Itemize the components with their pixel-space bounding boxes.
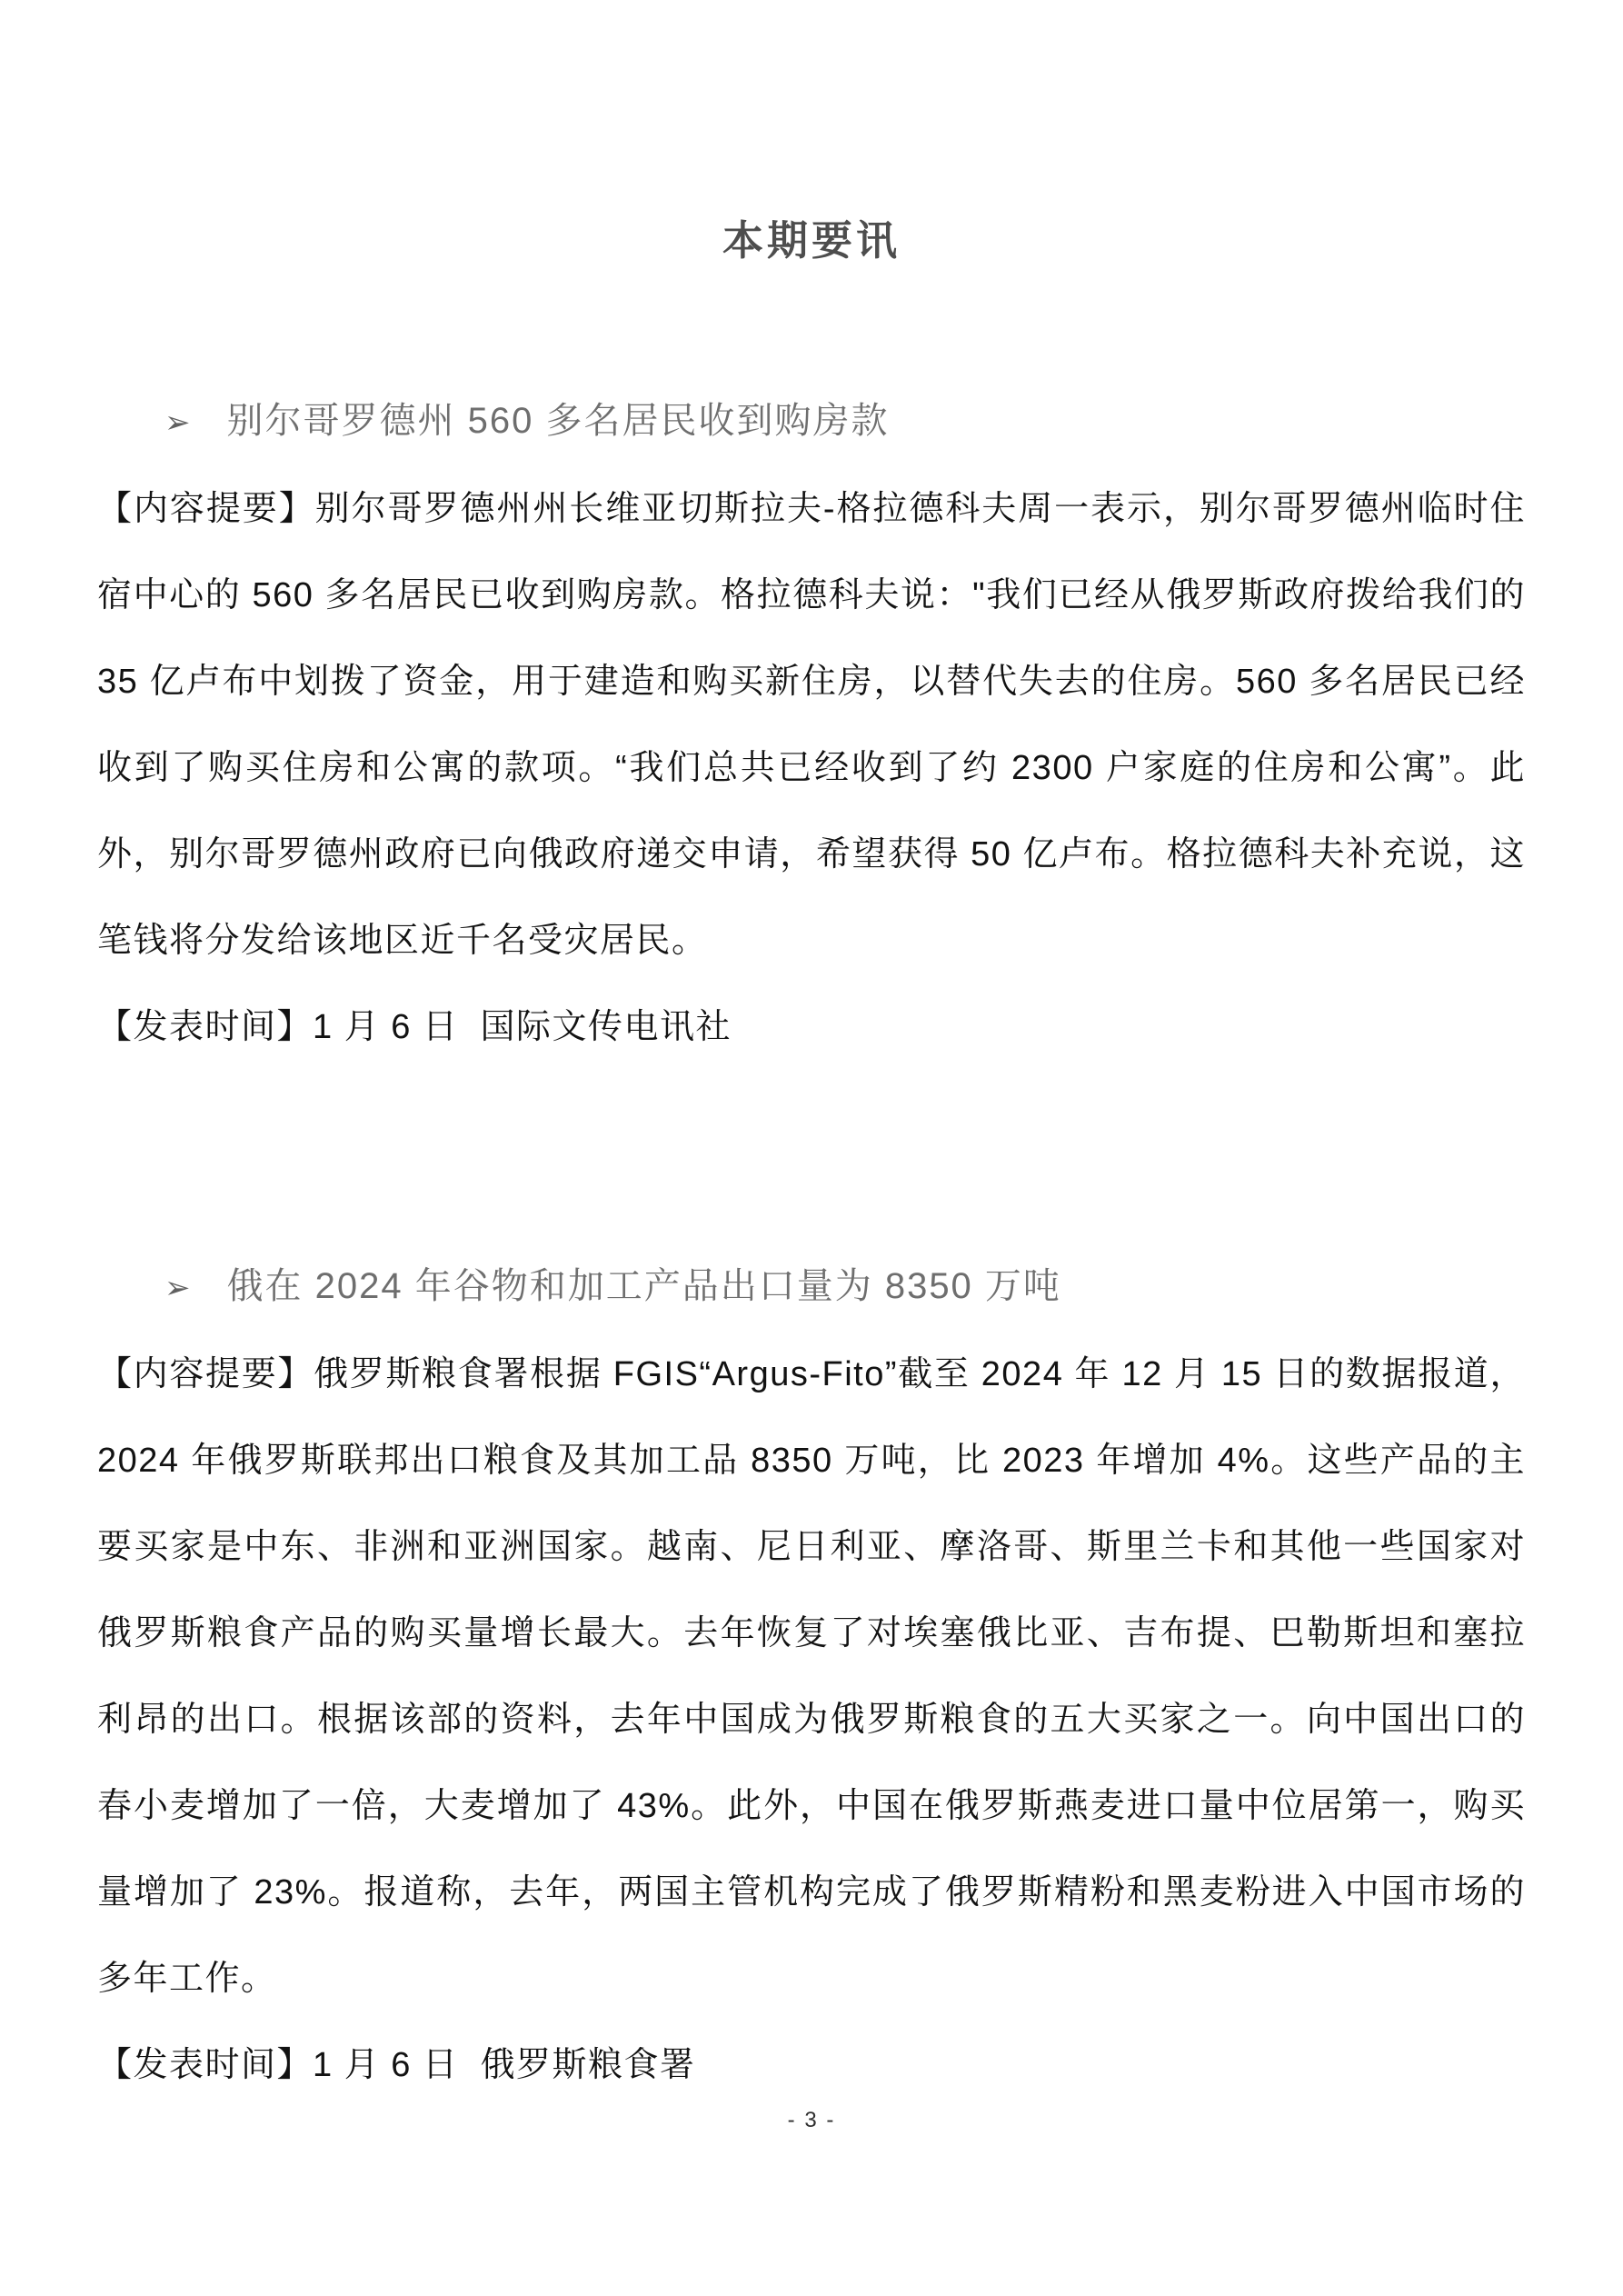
section-2-heading-text: 俄在 2024 年谷物和加工产品出口量为 8350 万吨: [227, 1243, 1061, 1330]
arrowhead-bullet-icon: ➢: [164, 1245, 193, 1332]
page-number: - 3 -: [0, 2107, 1623, 2134]
section-2-summary: 【内容提要】俄罗斯粮食署根据 FGIS“Argus-Fito”截至 2024 年…: [97, 1332, 1526, 2022]
section-2-heading: ➢ 俄在 2024 年谷物和加工产品出口量为 8350 万吨: [97, 1243, 1526, 1332]
news-section-2: ➢ 俄在 2024 年谷物和加工产品出口量为 8350 万吨 【内容提要】俄罗斯…: [97, 1243, 1526, 2109]
section-1-heading: ➢ 别尔哥罗德州 560 多名居民收到购房款: [97, 378, 1526, 466]
section-1-summary: 【内容提要】别尔哥罗德州州长维亚切斯拉夫-格拉德科夫周一表示，别尔哥罗德州临时住…: [97, 466, 1526, 984]
section-1-heading-text: 别尔哥罗德州 560 多名居民收到购房款: [227, 378, 890, 464]
section-2-publish-info: 【发表时间】1 月 6 日 俄罗斯粮食署: [97, 2022, 1526, 2109]
page-title: 本期要讯: [97, 0, 1526, 269]
arrowhead-bullet-icon: ➢: [164, 380, 193, 466]
document-page: 本期要讯 ➢ 别尔哥罗德州 560 多名居民收到购房款 【内容提要】别尔哥罗德州…: [0, 0, 1623, 2296]
news-section-1: ➢ 别尔哥罗德州 560 多名居民收到购房款 【内容提要】别尔哥罗德州州长维亚切…: [97, 378, 1526, 1071]
section-1-publish-info: 【发表时间】1 月 6 日 国际文传电讯社: [97, 984, 1526, 1071]
